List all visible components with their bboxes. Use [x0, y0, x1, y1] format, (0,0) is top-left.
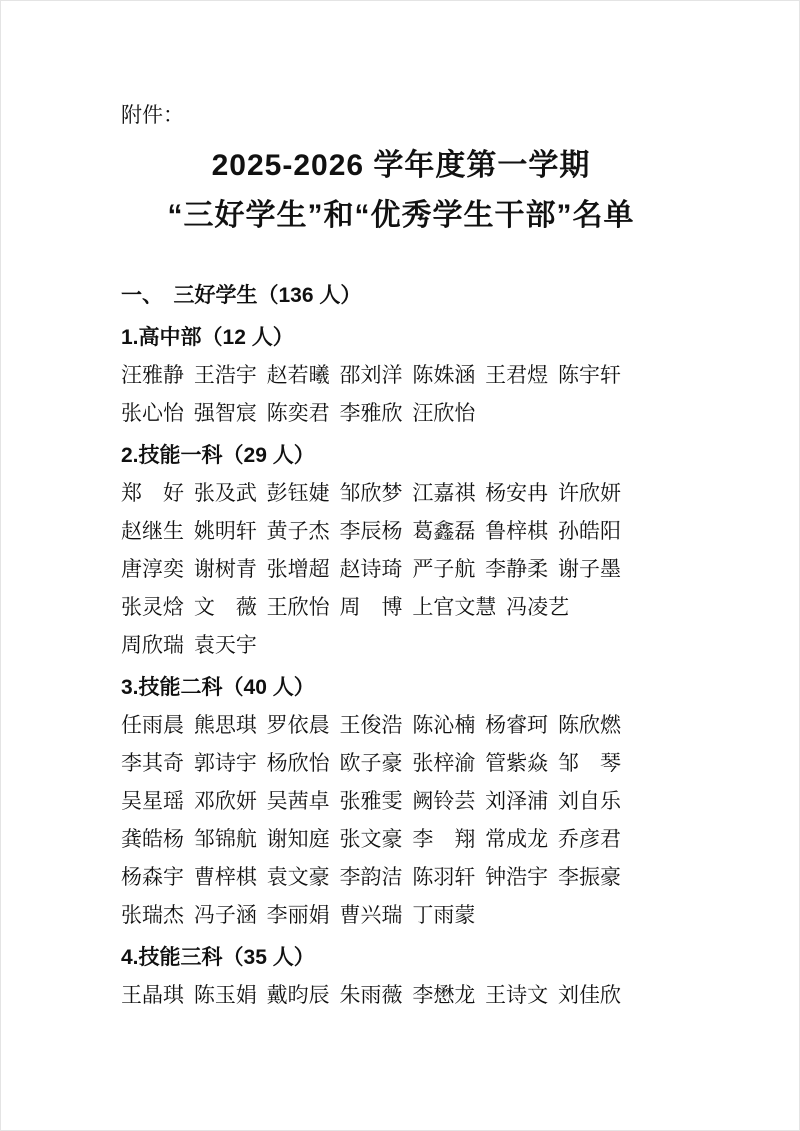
- name-row: 龚皓杨 邹锦航 谢知庭 张文豪 李 翔 常成龙 乔彦君: [121, 821, 681, 859]
- name-row: 吴星瑶 邓欣妍 吴茜卓 张雅雯 阙铃芸 刘泽浦 刘自乐: [121, 783, 681, 821]
- name-row: 汪雅静 王浩宇 赵若曦 邵刘洋 陈姝涵 王君煜 陈宇轩: [121, 357, 681, 395]
- subsection-heading-jineng-sanke: 4.技能三科（35 人）: [121, 939, 681, 977]
- attachment-label: 附件：: [121, 101, 681, 131]
- section-heading-sanhao-xuesheng: 一、 三好学生（136 人）: [121, 277, 681, 315]
- name-list-jineng-erke: 任雨晨 熊思琪 罗依晨 王俊浩 陈沁楠 杨睿珂 陈欣燃李其奇 郭诗宇 杨欣怡 欧…: [121, 707, 681, 935]
- document-page: 附件： 2025-2026 学年度第一学期 “三好学生”和“优秀学生干部”名单 …: [0, 0, 800, 1131]
- name-row: 郑 好 张及武 彭钰婕 邹欣梦 江嘉祺 杨安冉 许欣妍: [121, 475, 681, 513]
- document-title: 2025-2026 学年度第一学期 “三好学生”和“优秀学生干部”名单: [121, 141, 681, 241]
- name-row: 赵继生 姚明轩 黄子杰 李辰杨 葛鑫磊 鲁梓棋 孙皓阳: [121, 513, 681, 551]
- name-row: 王晶琪 陈玉娟 戴昀辰 朱雨薇 李懋龙 王诗文 刘佳欣: [121, 977, 681, 1015]
- title-line-1: 2025-2026 学年度第一学期: [121, 141, 681, 191]
- name-row: 张心怡 强智宸 陈奕君 李雅欣 汪欣怡: [121, 395, 681, 433]
- name-row: 杨森宇 曹梓棋 袁文豪 李韵洁 陈羽轩 钟浩宇 李振豪: [121, 859, 681, 897]
- title-line-2: “三好学生”和“优秀学生干部”名单: [121, 191, 681, 241]
- name-row: 任雨晨 熊思琪 罗依晨 王俊浩 陈沁楠 杨睿珂 陈欣燃: [121, 707, 681, 745]
- name-list-gaozhongbu: 汪雅静 王浩宇 赵若曦 邵刘洋 陈姝涵 王君煜 陈宇轩张心怡 强智宸 陈奕君 李…: [121, 357, 681, 433]
- subsection-jineng-sanke: 4.技能三科（35 人） 王晶琪 陈玉娟 戴昀辰 朱雨薇 李懋龙 王诗文 刘佳欣: [121, 939, 681, 1015]
- name-row: 李其奇 郭诗宇 杨欣怡 欧子豪 张梓渝 管紫焱 邹 琴: [121, 745, 681, 783]
- name-row: 张灵焓 文 薇 王欣怡 周 博 上官文慧 冯凌艺: [121, 589, 681, 627]
- subsection-jineng-erke: 3.技能二科（40 人） 任雨晨 熊思琪 罗依晨 王俊浩 陈沁楠 杨睿珂 陈欣燃…: [121, 669, 681, 935]
- subsection-gaozhongbu: 1.高中部（12 人） 汪雅静 王浩宇 赵若曦 邵刘洋 陈姝涵 王君煜 陈宇轩张…: [121, 319, 681, 433]
- name-list-jineng-sanke: 王晶琪 陈玉娟 戴昀辰 朱雨薇 李懋龙 王诗文 刘佳欣: [121, 977, 681, 1015]
- name-row: 唐淳奕 谢树青 张增超 赵诗琦 严子航 李静柔 谢子墨: [121, 551, 681, 589]
- subsection-jineng-yike: 2.技能一科（29 人） 郑 好 张及武 彭钰婕 邹欣梦 江嘉祺 杨安冉 许欣妍…: [121, 437, 681, 665]
- subsection-heading-jineng-yike: 2.技能一科（29 人）: [121, 437, 681, 475]
- subsection-heading-gaozhongbu: 1.高中部（12 人）: [121, 319, 681, 357]
- subsection-heading-jineng-erke: 3.技能二科（40 人）: [121, 669, 681, 707]
- name-row: 张瑞杰 冯子涵 李丽娟 曹兴瑞 丁雨蒙: [121, 897, 681, 935]
- name-list-jineng-yike: 郑 好 张及武 彭钰婕 邹欣梦 江嘉祺 杨安冉 许欣妍赵继生 姚明轩 黄子杰 李…: [121, 475, 681, 665]
- name-row: 周欣瑞 袁天宇: [121, 627, 681, 665]
